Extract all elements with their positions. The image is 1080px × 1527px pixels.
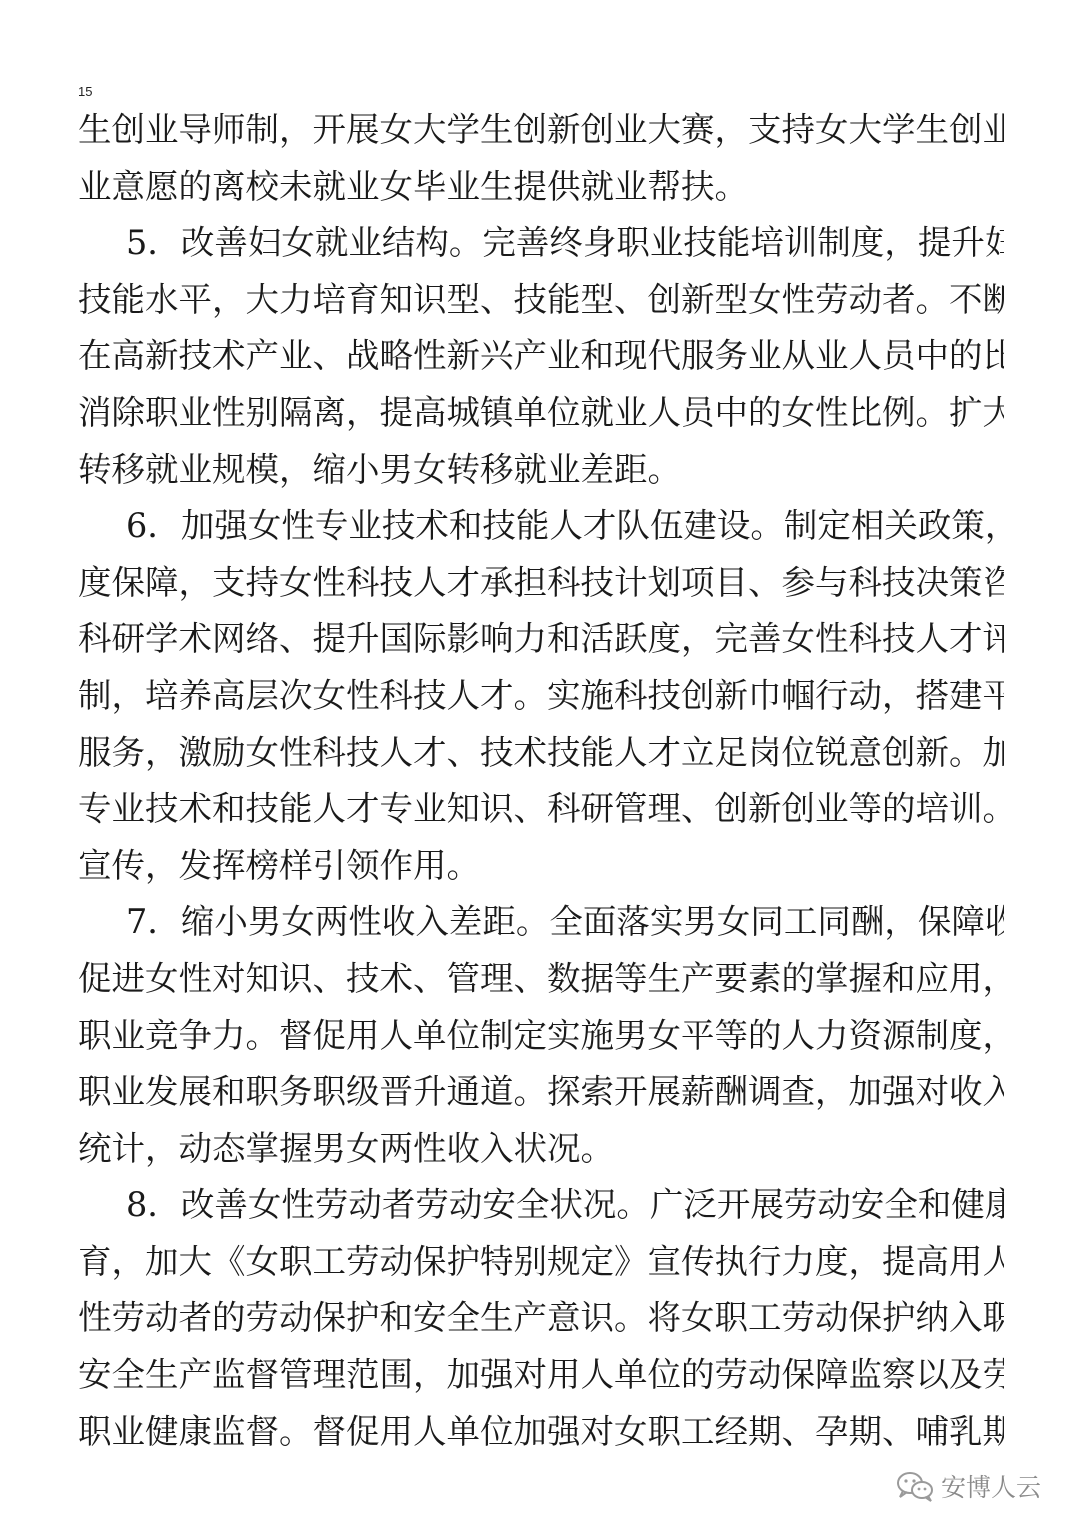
- text-line: 7．缩小男女两性收入差距。全面落实男女同工同酬，保障收入公平。: [78, 894, 1004, 951]
- text-line: 育，加大《女职工劳动保护特别规定》宣传执行力度，提高用人单位和女: [78, 1234, 1004, 1291]
- text-line: 技能水平，大力培育知识型、技能型、创新型女性劳动者。不断提高妇女: [78, 272, 1004, 329]
- text-line: 制，培养高层次女性科技人才。实施科技创新巾帼行动，搭建平台、提供: [78, 668, 1004, 725]
- text-line: 宣传，发挥榜样引领作用。: [78, 838, 1004, 895]
- text-line: 促进女性对知识、技术、管理、数据等生产要素的掌握和应用，提高女性: [78, 951, 1004, 1008]
- text-line: 服务，激励女性科技人才、技术技能人才立足岗位锐意创新。加强对女性: [78, 725, 1004, 782]
- text-line: 性劳动者的劳动保护和安全生产意识。将女职工劳动保护纳入职业健康和: [78, 1290, 1004, 1347]
- text-line: 专业技术和技能人才专业知识、科研管理、创新创业等的培训。加强典型: [78, 781, 1004, 838]
- text-line: 消除职业性别隔离，提高城镇单位就业人员中的女性比例。扩大农村妇女: [78, 385, 1004, 442]
- text-line: 安全生产监督管理范围，加强对用人单位的劳动保障监察以及劳动安全和: [78, 1347, 1004, 1404]
- document-body: 生创业导师制，开展女大学生创新创业大赛，支持女大学生创业。对有就业意愿的离校未就…: [78, 102, 1004, 1460]
- text-line: 业意愿的离校未就业女毕业生提供就业帮扶。: [78, 159, 1004, 216]
- text-line: 6．加强女性专业技术和技能人才队伍建设。制定相关政策，强化制: [78, 498, 1004, 555]
- wechat-icon: [895, 1470, 935, 1502]
- watermark: 安博人云: [895, 1468, 1041, 1504]
- text-line: 转移就业规模，缩小男女转移就业差距。: [78, 442, 1004, 499]
- watermark-label: 安博人云: [941, 1468, 1041, 1504]
- text-line: 职业竞争力。督促用人单位制定实施男女平等的人力资源制度，畅通女性: [78, 1008, 1004, 1065]
- text-line: 在高新技术产业、战略性新兴产业和现代服务业从业人员中的比例。逐步: [78, 328, 1004, 385]
- text-line: 科研学术网络、提升国际影响力和活跃度，完善女性科技人才评价激励机: [78, 611, 1004, 668]
- text-line: 度保障，支持女性科技人才承担科技计划项目、参与科技决策咨询、拓展: [78, 555, 1004, 612]
- text-line: 职业发展和职务职级晋升通道。探索开展薪酬调查，加强对收入的分性别: [78, 1064, 1004, 1121]
- page-number: 15: [78, 84, 92, 99]
- text-line: 职业健康监督。督促用人单位加强对女职工经期、孕期、哺乳期的特殊保: [78, 1404, 1004, 1461]
- text-line: 生创业导师制，开展女大学生创新创业大赛，支持女大学生创业。对有就: [78, 102, 1004, 159]
- text-line: 5．改善妇女就业结构。完善终身职业技能培训制度，提升妇女职业: [78, 215, 1004, 272]
- text-line: 8．改善女性劳动者劳动安全状况。广泛开展劳动安全和健康宣传教: [78, 1177, 1004, 1234]
- text-line: 统计，动态掌握男女两性收入状况。: [78, 1121, 1004, 1178]
